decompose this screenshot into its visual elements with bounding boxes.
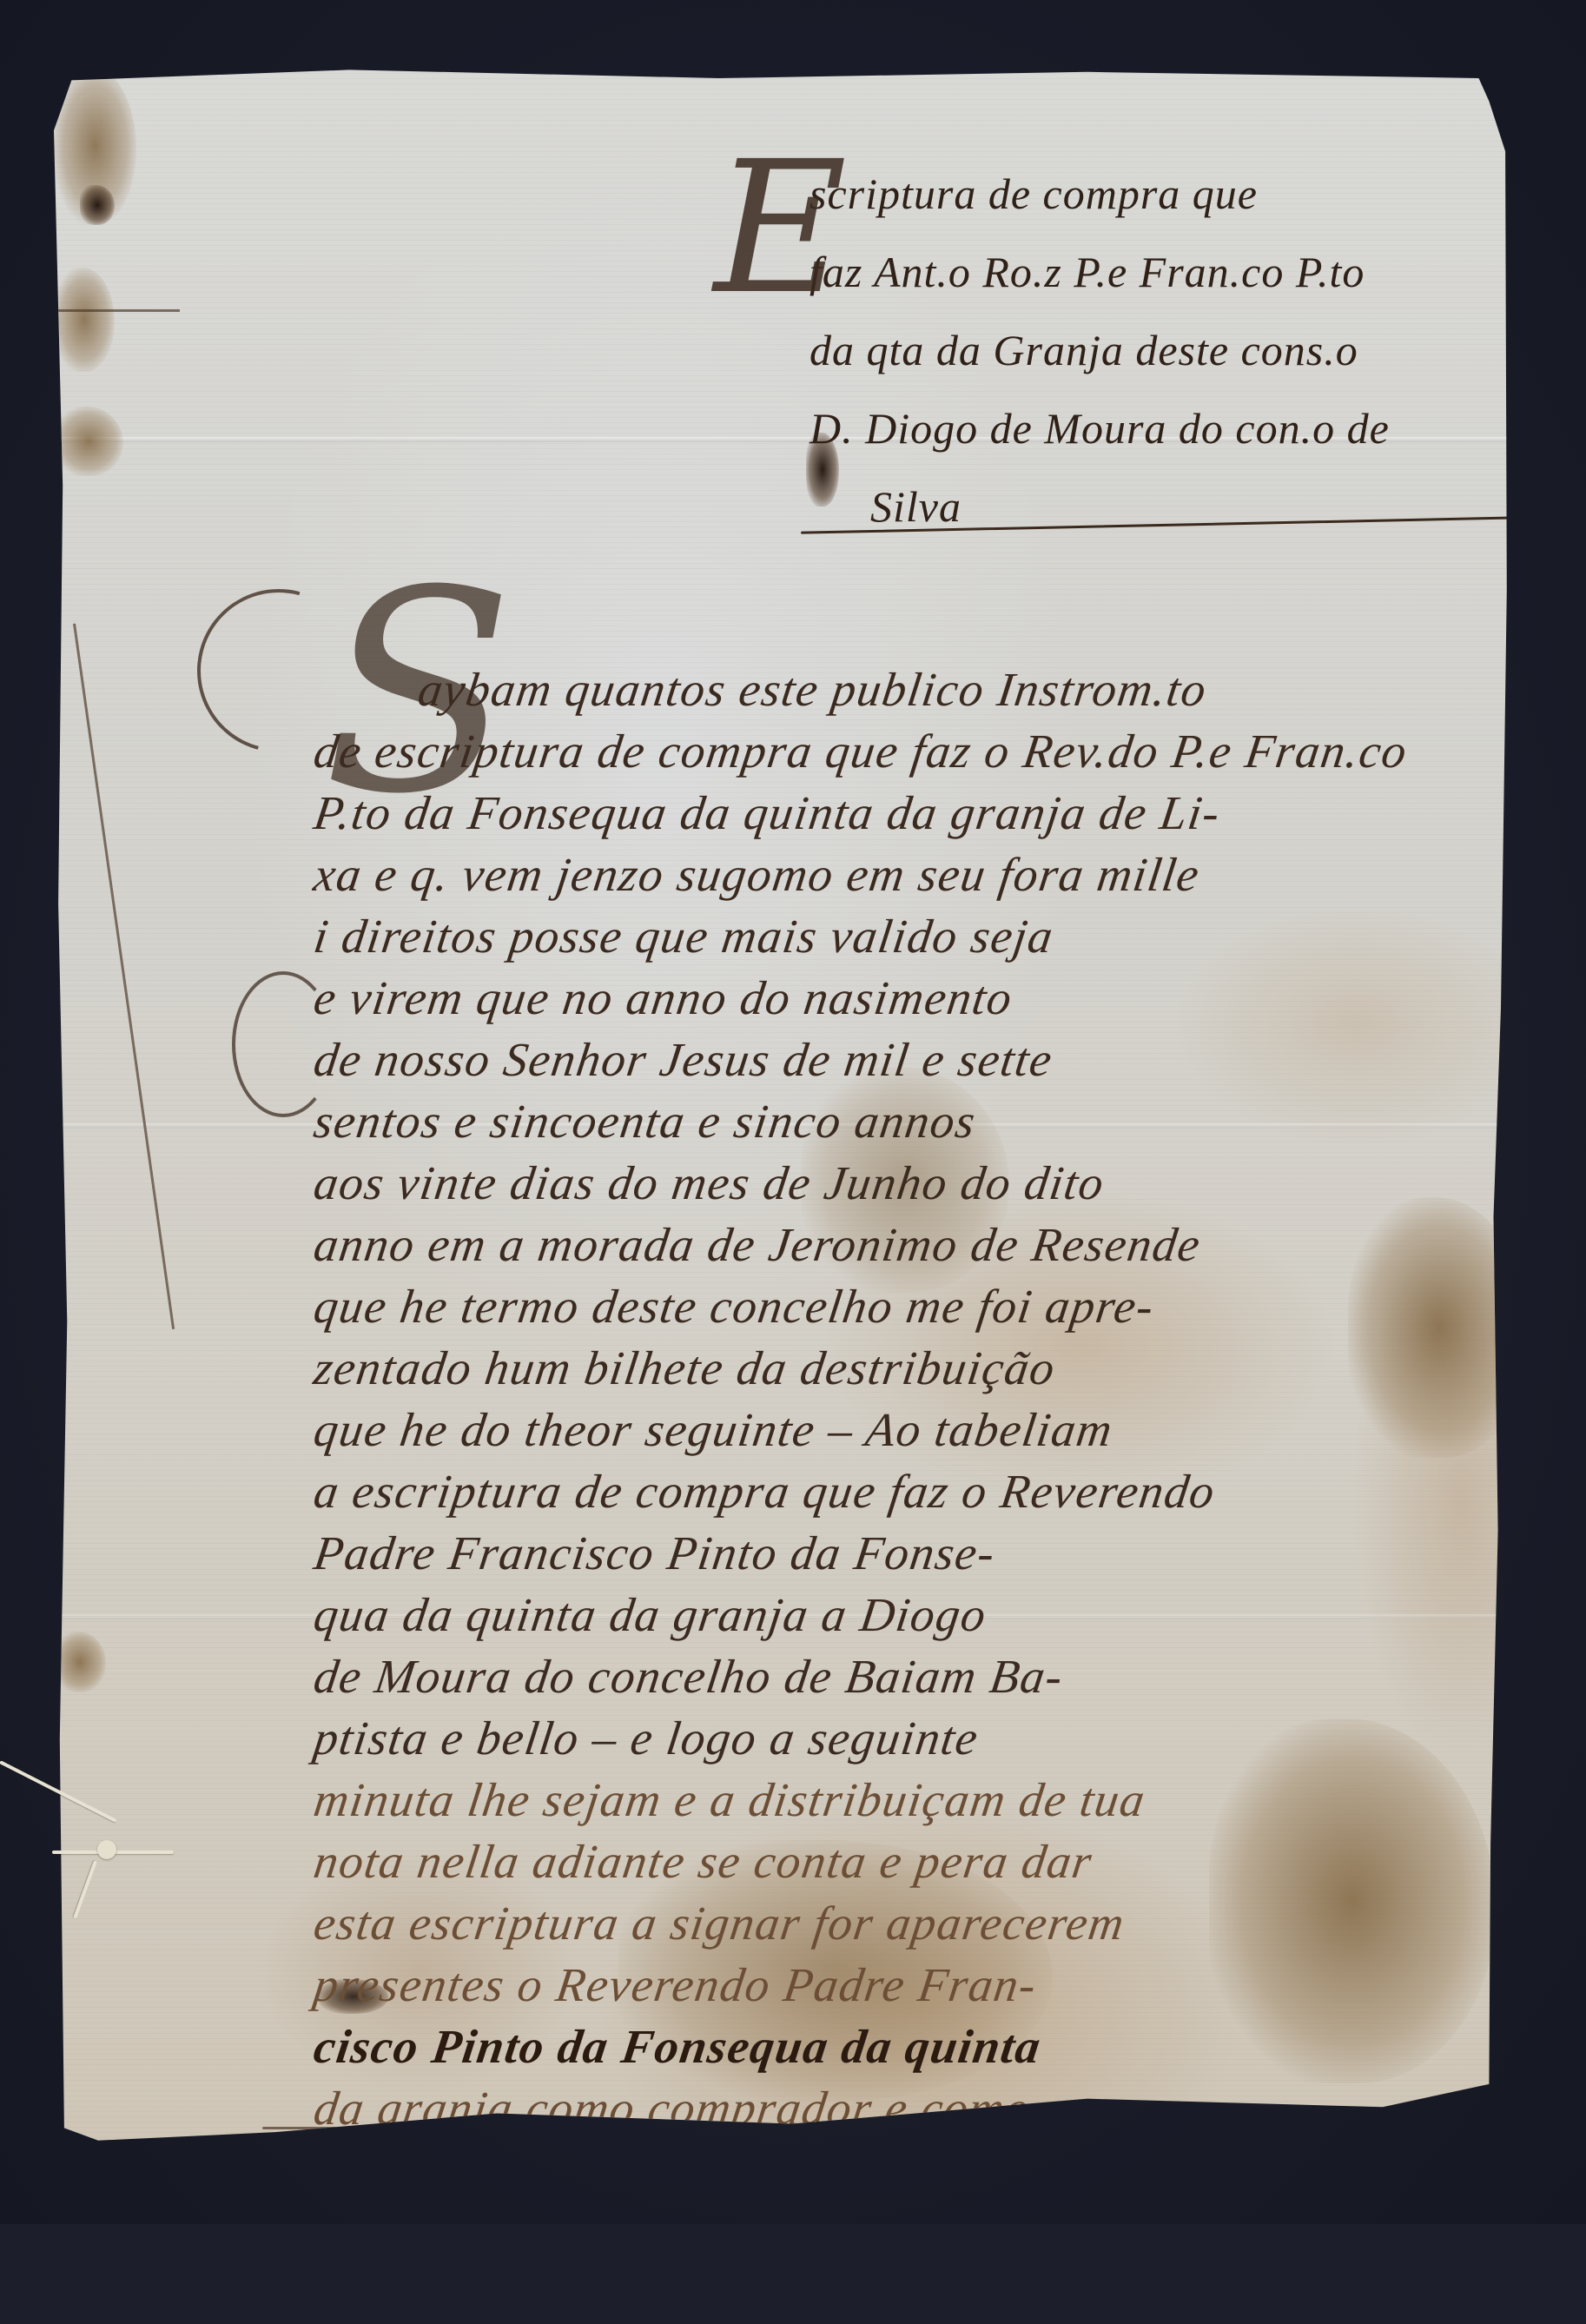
stain-left-lower (54, 1632, 106, 1692)
body-line: que he termo deste concelho me foi apre- (310, 1275, 1552, 1337)
body-line: presentes o Reverendo Padre Fran- (310, 1954, 1552, 2016)
binding-string-knot (97, 1840, 116, 1859)
heading-line: Silva (749, 467, 1513, 546)
stain-left-middle (54, 268, 115, 372)
body-line: esta escriptura a signar for aparecerem (310, 1892, 1552, 1954)
body-line: zentado hum bilhete da destribuição (310, 1337, 1552, 1399)
body-line: P.to da Fonsequa da quinta da granja de … (310, 782, 1552, 844)
body-line: a escriptura de compra que faz o Reveren… (310, 1460, 1552, 1522)
heading-line: scriptura de compra que (749, 155, 1513, 233)
body-line: aybam quantos este publico Instrom.to (310, 659, 1552, 720)
ink-blot-top (80, 185, 115, 225)
body-line: qua da quinta da granja a Diogo (310, 1584, 1552, 1645)
body-line: i direitos posse que mais valido seja (310, 905, 1552, 967)
heading-line: faz Ant.o Ro.z P.e Fran.co P.to (749, 233, 1513, 311)
body-line: sentos e sincoenta e sinco annos (310, 1090, 1552, 1152)
body-line: e virem que no anno do nasimento (310, 967, 1552, 1029)
heading-line: D. Diogo de Moura do con.o de (749, 389, 1513, 467)
body-line: de Moura do concelho de Baiam Ba- (310, 1645, 1552, 1707)
body-line: Padre Francisco Pinto da Fonse- (310, 1522, 1552, 1584)
margin-rule-tick (58, 309, 180, 312)
heading-line: da qta da Granja deste cons.o (749, 311, 1513, 389)
body-line: anno em a morada de Jeronimo de Resende (310, 1214, 1552, 1275)
body-line: cisco Pinto da Fonsequa da quinta (310, 2016, 1552, 2077)
heading-initial: E (714, 137, 847, 320)
body-line: xa e q. vem jenzo sugomo em seu fora mil… (310, 844, 1552, 905)
stain-left-fold (54, 407, 123, 476)
document-heading: E scriptura de compra que faz Ant.o Ro.z… (749, 155, 1513, 546)
margin-rule-vertical (73, 624, 175, 1329)
manuscript-page: E scriptura de compra que faz Ant.o Ro.z… (54, 68, 1530, 2157)
body-line: que he do theor seguinte – Ao tabeliam (310, 1399, 1552, 1460)
body-line: nota nella adiante se conta e pera dar (310, 1831, 1552, 1892)
body-line: aos vinte dias do mes de Junho do dito (310, 1152, 1552, 1214)
document-body: aybam quantos este publico Instrom.to de… (314, 659, 1548, 2224)
body-line: de nosso Senhor Jesus de mil e sette (310, 1029, 1552, 1090)
body-line: ptista e bello – e logo a seguinte (310, 1707, 1552, 1769)
body-line: minuta lhe sejam e a distribuiçam de tua (310, 1769, 1552, 1831)
body-line: de escriptura de compra que faz o Rev.do… (310, 720, 1552, 782)
